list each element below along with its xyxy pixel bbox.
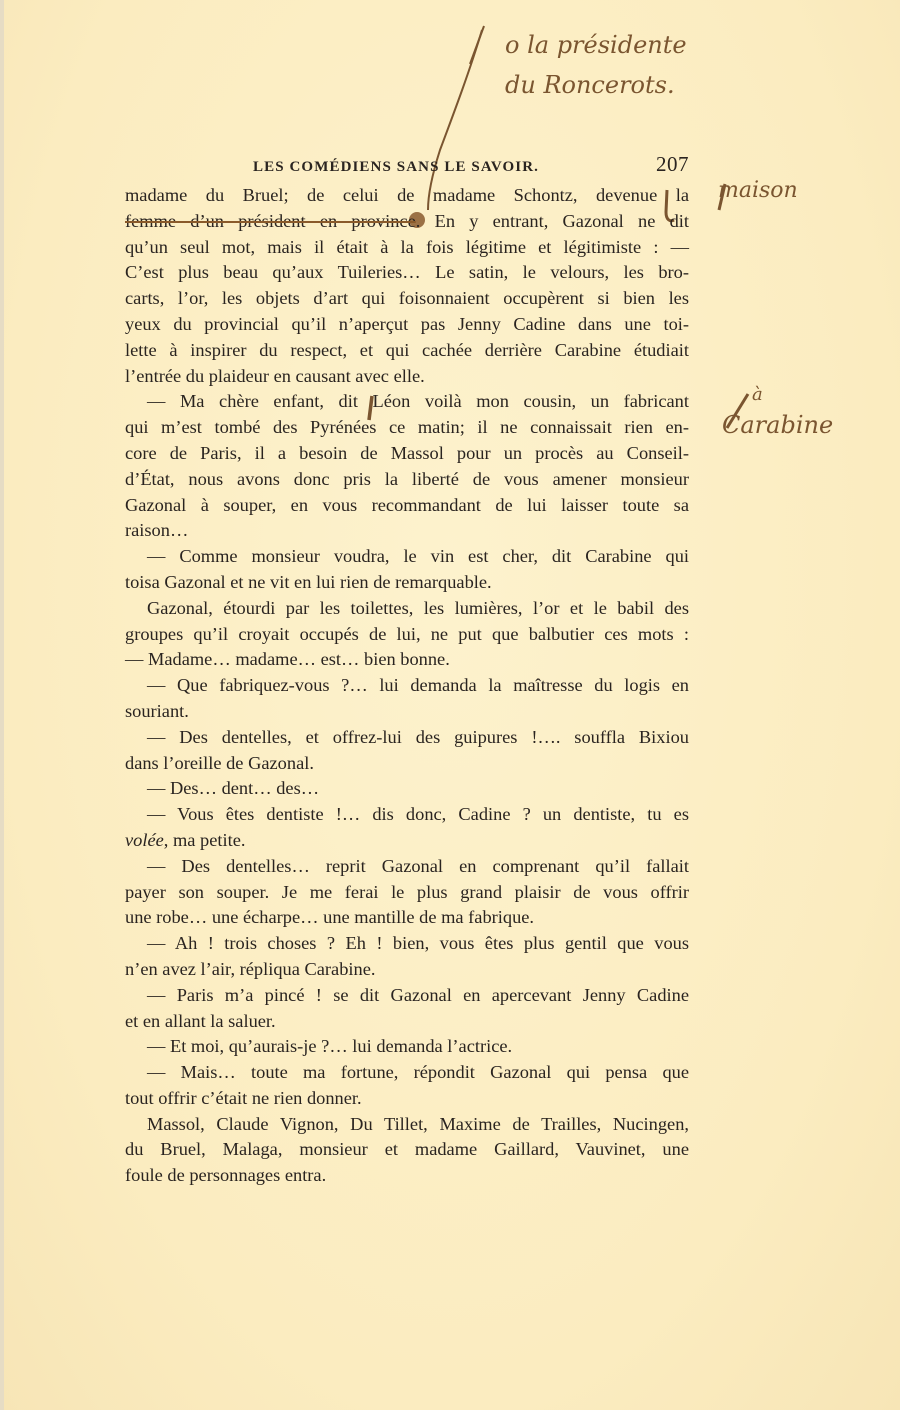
text-line: volée, ma petite. [125,828,689,854]
text-line: — Vous êtes dentiste !… dis donc, Cadine… [125,802,689,828]
text-line: l’entrée du plaideur en causant avec ell… [125,364,689,390]
body-text: madame du Bruel; de celui de madame Scho… [125,183,689,1189]
text-line: — Comme monsieur voudra, le vin est cher… [125,544,689,570]
text-line: Gazonal à souper, en vous recommandant d… [125,493,689,519]
text-line: n’en avez l’air, répliqua Carabine. [125,957,689,983]
struck-text: femme d’un président en province [125,211,416,231]
text-line: groupes qu’il croyait occupés de lui, ne… [125,622,689,648]
text-line: — Ma chère enfant, dit Léon voilà mon co… [125,389,689,415]
text-line: — Paris m’a pincé ! se dit Gazonal en ap… [125,983,689,1009]
text-line: — Madame… madame… est… bien bonne. [125,647,689,673]
text-line: dans l’oreille de Gazonal. [125,751,689,777]
annotation-line: o la présidente [505,25,687,65]
text-line: carts, l’or, les objets d’art qui foison… [125,286,689,312]
text-line: yeux du provincial qu’il n’aperçut pas J… [125,312,689,338]
annotation-line: du Roncerots. [505,65,687,105]
text-line: souriant. [125,699,689,725]
text-line: foule de personnages entra. [125,1163,689,1189]
margin-annotation-maison: maison [718,178,798,203]
annotation-line: Carabine [722,410,833,440]
text-line: d’État, nous avons donc pris la liberté … [125,467,689,493]
text-line: femme d’un président en province. En y e… [125,209,689,235]
annotation-line: à [722,380,833,410]
text-line: qu’un seul mot, mais il était à la fois … [125,235,689,261]
text-line: — Des dentelles… reprit Gazonal en compr… [125,854,689,880]
text-line: — Des… dent… des… [125,776,689,802]
running-title: LES COMÉDIENS SANS LE SAVOIR. [253,159,539,176]
text-line: qui m’est tombé des Pyrénées ce matin; i… [125,415,689,441]
text-line: toisa Gazonal et ne vit en lui rien de r… [125,570,689,596]
text-line: — Ah ! trois choses ? Eh ! bien, vous êt… [125,931,689,957]
text-line: — Que fabriquez-vous ?… lui demanda la m… [125,673,689,699]
text-line: — Mais… toute ma fortune, répondit Gazon… [125,1060,689,1086]
text-line: Massol, Claude Vignon, Du Tillet, Maxime… [125,1112,689,1138]
ink-slash-top [470,26,484,64]
text-line: payer son souper. Je me ferai le plus gr… [125,880,689,906]
margin-annotation-carabine: à Carabine [722,380,833,440]
text-line: du Bruel, Malaga, monsieur et madame Gai… [125,1137,689,1163]
text-line: raison… [125,518,689,544]
text-line: core de Paris, il a besoin de Massol pou… [125,441,689,467]
running-head: LES COMÉDIENS SANS LE SAVOIR. 207 [253,152,689,178]
margin-annotation-top: o la présidente du Roncerots. [505,25,687,105]
italic-text: volée [125,830,164,850]
text-line: — Et moi, qu’aurais-je ?… lui demanda l’… [125,1034,689,1060]
text-line: lette à inspirer du respect, et qui cach… [125,338,689,364]
text-line: — Des dentelles, et offrez-lui des guipu… [125,725,689,751]
text-line: une robe… une écharpe… une mantille de m… [125,905,689,931]
text-line: tout offrir c’était ne rien donner. [125,1086,689,1112]
page-number: 207 [656,152,689,177]
text-line: Gazonal, étourdi par les toilettes, les … [125,596,689,622]
text-line: et en allant la saluer. [125,1009,689,1035]
text-line: madame du Bruel; de celui de madame Scho… [125,183,689,209]
text-line: C’est plus beau qu’aux Tuileries… Le sat… [125,260,689,286]
